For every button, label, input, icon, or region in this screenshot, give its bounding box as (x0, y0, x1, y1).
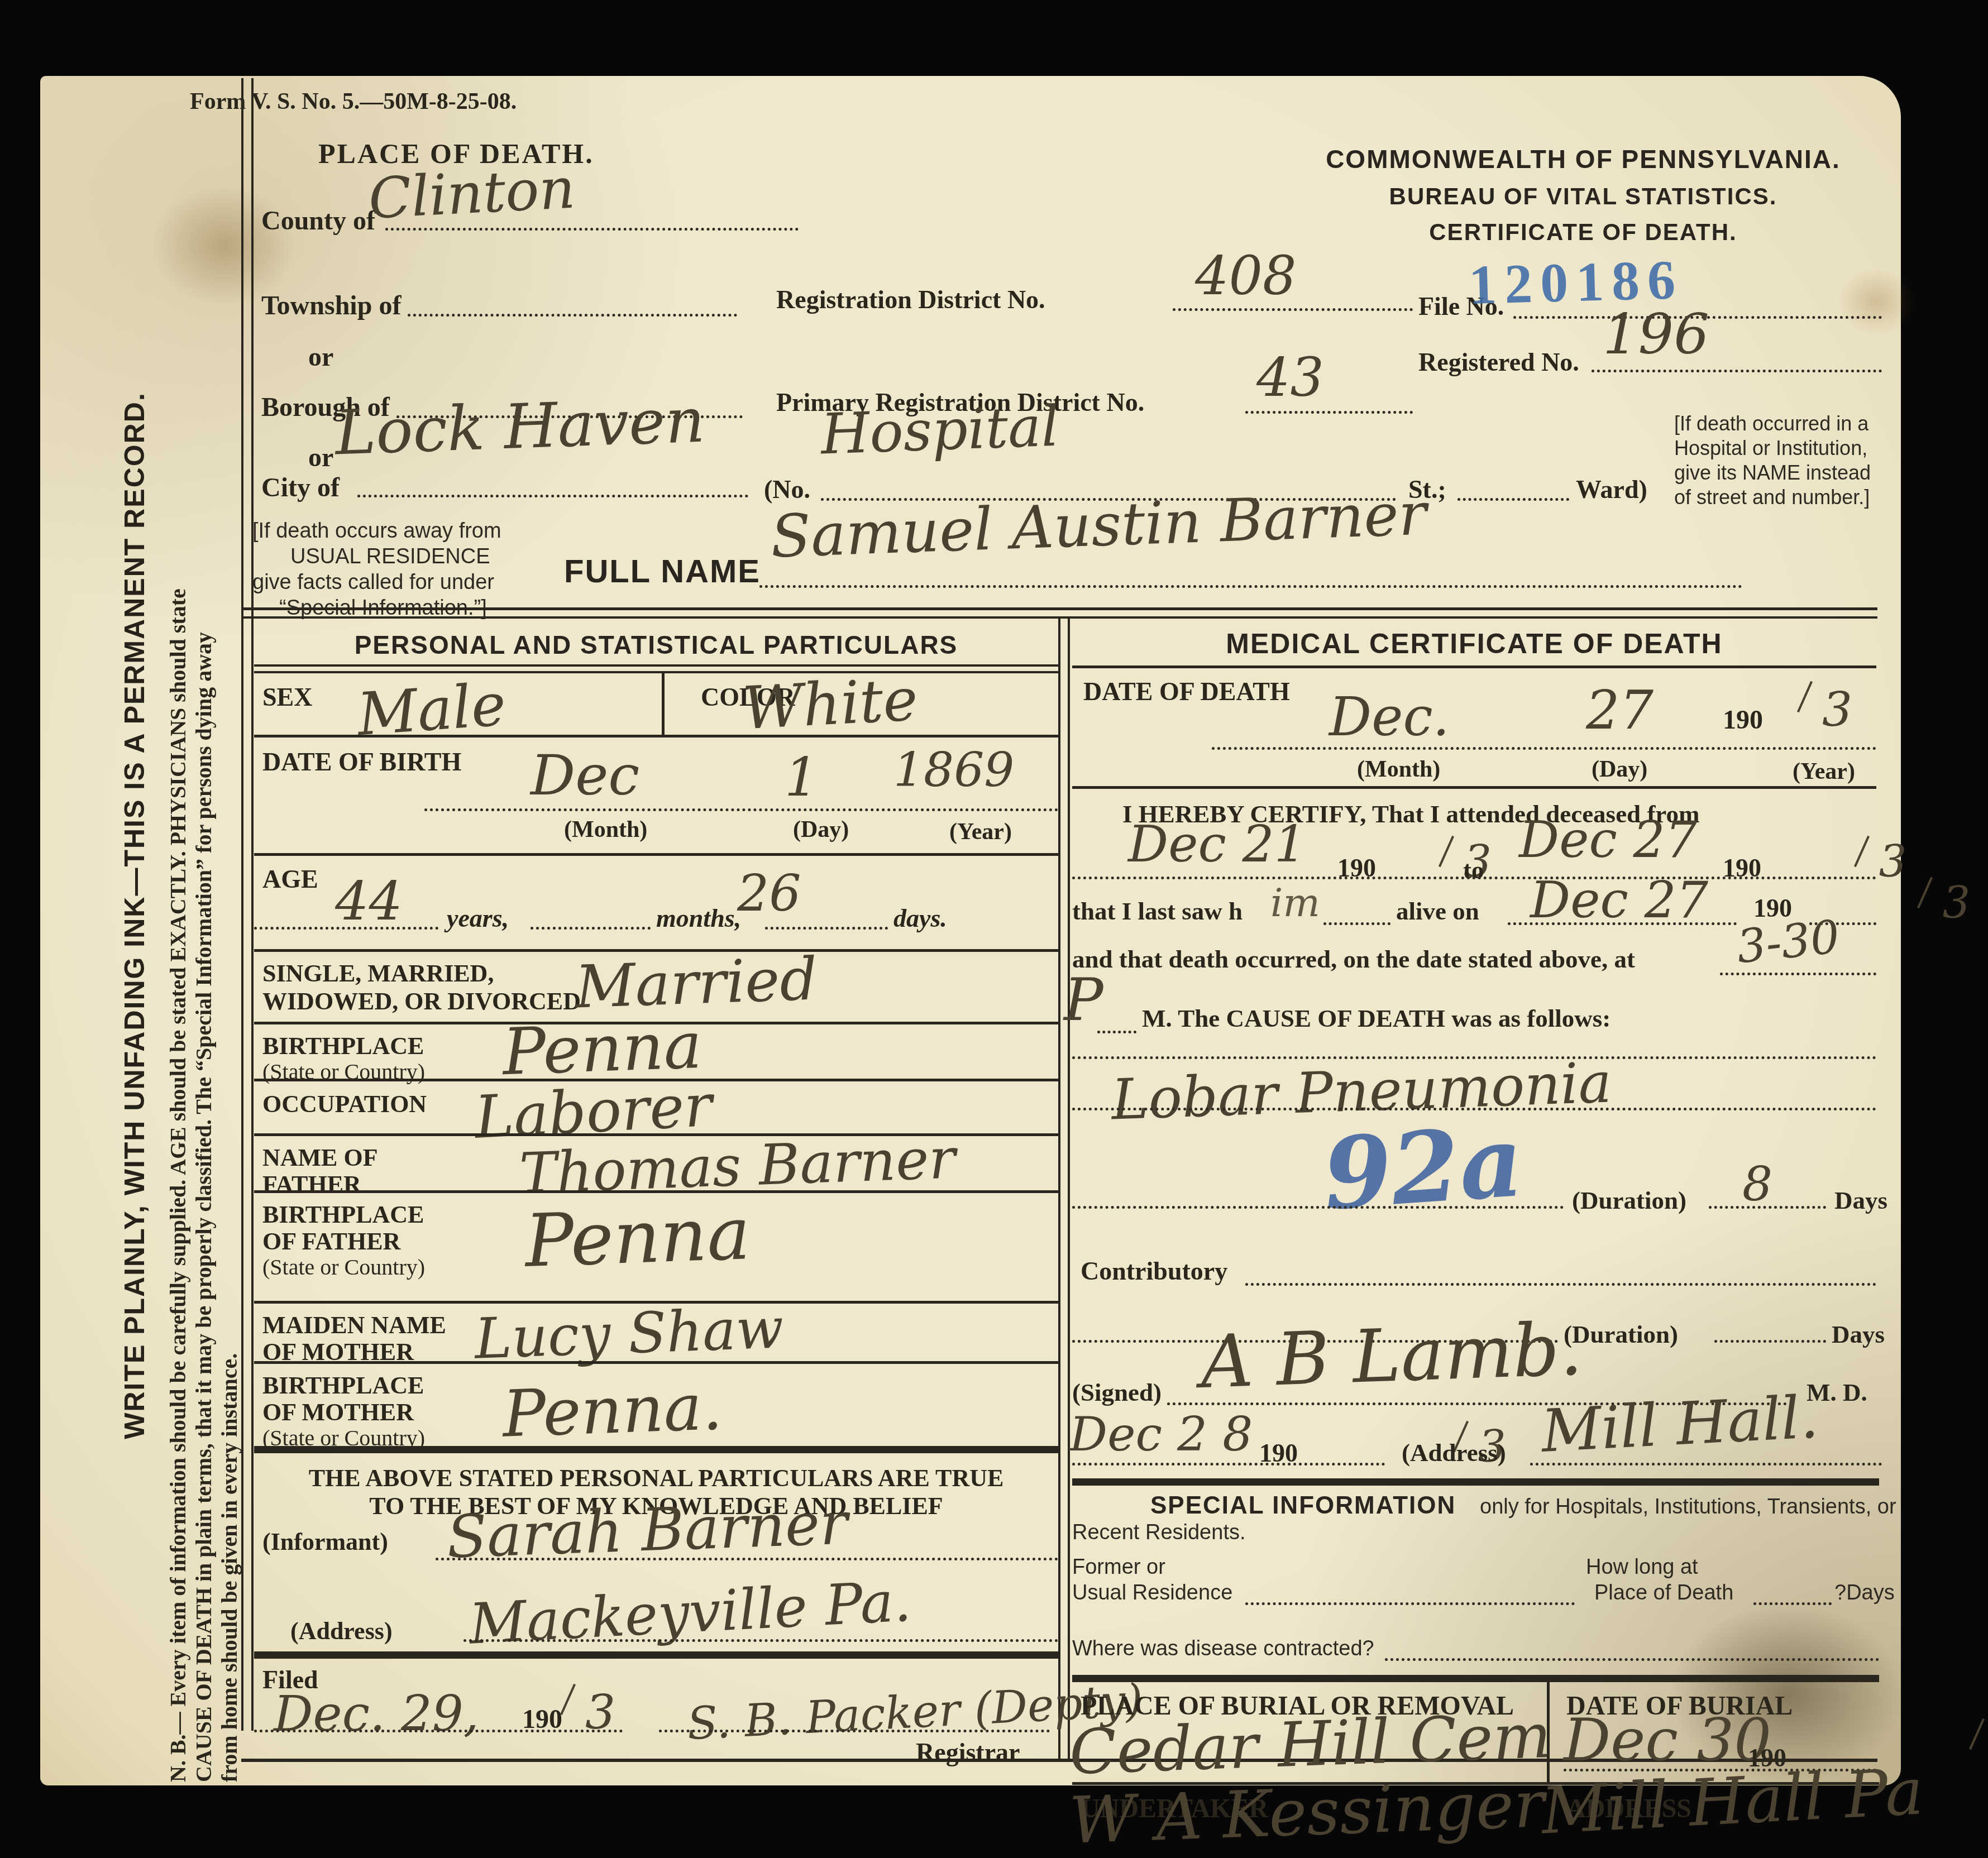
rule-row-sex (254, 735, 1058, 738)
rule-medical-header (1072, 665, 1876, 668)
bp-father-label-2: OF FATHER (262, 1227, 400, 1256)
attended-to-label: to (1463, 855, 1484, 884)
informant-address-label: (Address) (290, 1617, 393, 1645)
pm-dots (1097, 1031, 1136, 1033)
city-value: Lock Haven (334, 384, 706, 468)
age-days-label: days. (893, 903, 947, 933)
form-number: Form V. S. No. 5.—50M-8-25-08. (190, 88, 517, 115)
filed-line (254, 1730, 623, 1732)
father-label-2: FATHER (262, 1170, 361, 1199)
special-info-bold: SPECIAL INFORMATION (1150, 1492, 1456, 1520)
occurred-time-value: 3-30 (1734, 911, 1842, 974)
rule-header-bottom-1 (241, 607, 1877, 610)
dob-day-caption: (Day) (793, 816, 849, 843)
hospital-note-line4: of street and number.] (1674, 486, 1870, 509)
rule-personal-header-1 (254, 664, 1058, 667)
margin-note-nb: N. B.— Every item of information should … (165, 107, 242, 1782)
bp-father-soc: (State or Country) (262, 1254, 425, 1280)
signed-date-line (1072, 1463, 1385, 1466)
dod-day-caption: (Day) (1592, 756, 1647, 783)
rule-row-dob (254, 853, 1058, 856)
attended-to-year-hw: 3 (1879, 837, 1907, 887)
physician-address-value: Mill Hall. (1540, 1383, 1820, 1466)
physician-address-line (1530, 1463, 1882, 1466)
former-line (1245, 1602, 1575, 1605)
age-days-value: 26 (737, 864, 801, 923)
rule-row-dod (1072, 786, 1876, 789)
registrar-line (659, 1730, 1050, 1732)
bureau-title: BUREAU OF VITAL STATISTICS. (1273, 183, 1893, 210)
margin-nb-line3: from home should be given in every insta… (217, 107, 242, 1782)
attended-to-date: Dec 27 (1519, 811, 1697, 869)
no-label: (No. (764, 475, 810, 504)
lastsaw-him-hw: im (1270, 880, 1320, 926)
residence-note-line1: [If death occurs away from (252, 519, 501, 543)
howlong-label-2: Place of Death (1594, 1581, 1733, 1605)
contributory-label: Contributory (1081, 1256, 1227, 1286)
informant-address-line (463, 1639, 1058, 1642)
duration-line-1 (1072, 1206, 1564, 1209)
dob-month-value: Dec (531, 743, 639, 808)
registered-no-label: Registered No. (1418, 347, 1579, 377)
former-label-2: Usual Residence (1072, 1581, 1232, 1605)
township-label: Township of (261, 290, 401, 321)
dob-year-caption: (Year) (949, 818, 1012, 845)
age-line-3 (765, 927, 888, 930)
dod-label: DATE OF DEATH (1083, 677, 1290, 706)
rule-left-border-inner (251, 78, 254, 1731)
contributory-line (1245, 1283, 1876, 1286)
registered-no-line (1592, 370, 1882, 372)
age-months-label: months, (656, 903, 741, 933)
duration-value: 8 (1742, 1157, 1772, 1212)
lastsaw-mid: alive on (1396, 897, 1479, 926)
rule-personal-header-2 (254, 671, 1058, 673)
informant-label: (Informant) (262, 1527, 388, 1556)
duration2-days-label: Days (1832, 1320, 1885, 1349)
medical-header: MEDICAL CERTIFICATE OF DEATH (1072, 628, 1876, 660)
physician-address-label: (Address) (1402, 1438, 1506, 1467)
dob-day-value: 1 (785, 747, 818, 808)
personal-header: PERSONAL AND STATISTICAL PARTICULARS (257, 630, 1055, 660)
bp-mother-value: Penna. (501, 1369, 724, 1452)
dod-year-printed: 190 (1723, 705, 1763, 735)
reg-district-label: Registration District No. (776, 285, 1045, 314)
marital-label-2: WIDOWED, OR DIVORCED (262, 987, 581, 1016)
howlong-days-label: ?Days (1834, 1581, 1895, 1605)
ward-label: Ward) (1576, 475, 1647, 504)
special-info-rest2: Recent Residents. (1072, 1521, 1246, 1545)
occurred-line (1720, 973, 1876, 975)
sex-label: SEX (262, 682, 312, 712)
age-label: AGE (262, 864, 318, 894)
lastsaw-date: Dec 27 (1530, 871, 1708, 930)
dob-label: DATE OF BIRTH (262, 747, 461, 777)
age-line-2 (531, 927, 651, 930)
age-line-1 (254, 927, 438, 930)
father-label-1: NAME OF (262, 1143, 378, 1172)
or-1: or (308, 342, 333, 372)
full-name-label: FULL NAME (564, 553, 761, 590)
undertaker-value: W A Kessinger (1068, 1767, 1546, 1858)
dod-year-caption: (Year) (1793, 758, 1855, 785)
residence-note-line3: give facts called for under (252, 571, 494, 595)
informant-line (436, 1558, 1058, 1560)
dod-month-caption: (Month) (1357, 756, 1440, 783)
dob-year-value: 1869 (893, 743, 1014, 798)
registrar-label: Registrar (916, 1737, 1020, 1767)
bp-mother-label-1: BIRTHPLACE (262, 1371, 424, 1400)
truth-statement-line1: THE ABOVE STATED PERSONAL PARTICULARS AR… (257, 1464, 1055, 1492)
duration-days-label: Days (1834, 1186, 1887, 1215)
dob-month-caption: (Month) (564, 816, 647, 843)
mother-value: Lucy Shaw (474, 1295, 785, 1371)
dod-month-value: Dec. (1329, 687, 1450, 748)
hospital-note-line1: [If death occurred in a (1674, 412, 1868, 435)
township-line (408, 314, 737, 317)
full-name-line (759, 585, 1742, 588)
dod-year-hw: 3 (1822, 682, 1852, 738)
attended-line (1072, 877, 1876, 879)
county-value: Clinton (367, 155, 576, 231)
commonwealth-title: COMMONWEALTH OF PENNSYLVANIA. (1273, 144, 1893, 174)
bp-father-value: Penna (523, 1191, 752, 1284)
mother-label-1: MAIDEN NAME (262, 1311, 446, 1339)
rule-medical-signed-bottom (1072, 1478, 1879, 1486)
certificate-scan: WRITE PLAINLY, WITH UNFADING INK—THIS IS… (0, 0, 1988, 1858)
dob-line (424, 808, 1058, 811)
rule-special-bottom (1072, 1675, 1879, 1682)
howlong-label-1: How long at (1586, 1555, 1698, 1579)
marital-label-1: SINGLE, MARRIED, (262, 959, 494, 988)
disease-contracted-label: Where was disease contracted? (1072, 1637, 1374, 1661)
disease-contracted-line (1385, 1658, 1879, 1661)
pm-hw: P (1064, 966, 1103, 1034)
primary-reg-value: 43 (1256, 347, 1324, 409)
registered-no-value: 196 (1603, 301, 1709, 367)
lastsaw-line (1508, 922, 1737, 925)
rule-informant-bottom (254, 1651, 1058, 1659)
rule-row-mother (254, 1361, 1058, 1364)
city-line (357, 495, 748, 497)
rule-row-bp-mother (254, 1446, 1058, 1453)
hospital-note-line3: give its NAME instead (1674, 461, 1871, 485)
age-years-value: 44 (335, 871, 403, 932)
margin-nb-line1: N. B.— Every item of information should … (165, 107, 191, 1782)
rule-sex-color-divider (662, 673, 665, 735)
county-label: County of (261, 205, 375, 236)
cause-of-death-text: M. The CAUSE OF DEATH was as follows: (1142, 1004, 1611, 1033)
filed-date-value: Dec. 29, (274, 1685, 479, 1742)
dod-day-value: 27 (1586, 680, 1654, 741)
duration-line-2 (1709, 1206, 1826, 1209)
birthplace-label: BIRTHPLACE (262, 1032, 424, 1060)
rule-center-divider-1 (1058, 616, 1060, 1759)
hospital-note-line2: Hospital or Institution, (1674, 437, 1867, 460)
color-value: White (741, 665, 919, 743)
age-years-label: years, (447, 903, 509, 933)
certificate-title: CERTIFICATE OF DEATH. (1273, 219, 1893, 246)
margin-nb-line2: CAUSE OF DEATH in plain terms, that it m… (191, 107, 217, 1782)
duration-label: (Duration) (1572, 1186, 1686, 1215)
howlong-line (1753, 1602, 1832, 1605)
occurred-text: and that death occurred, on the date sta… (1072, 945, 1635, 974)
former-label-1: Former or (1072, 1555, 1165, 1579)
dod-line (1212, 747, 1876, 750)
rule-left-border-outer (241, 78, 243, 1731)
signed-date-value: Dec 2 8 (1069, 1407, 1253, 1462)
rule-row-father (254, 1190, 1058, 1193)
bp-father-label-1: BIRTHPLACE (262, 1200, 424, 1229)
occupation-label: OCCUPATION (262, 1090, 427, 1118)
or-2: or (308, 442, 333, 473)
st-line (1457, 498, 1569, 501)
no-value: Hospital (820, 394, 1060, 467)
lastsaw-dots (1323, 922, 1390, 925)
bp-mother-label-2: OF MOTHER (262, 1398, 414, 1426)
signed-label: (Signed) (1072, 1378, 1162, 1407)
lastsaw-year-hw: 3 (1942, 878, 1970, 928)
county-line (385, 228, 799, 231)
lastsaw-pre: that I last saw h (1072, 897, 1242, 926)
signed-signature: A B Lamb. (1200, 1306, 1584, 1405)
attended-from-date: Dec 21 (1128, 815, 1306, 874)
duration2-line-2 (1714, 1340, 1826, 1343)
cause-code-pencil: 92a (1320, 1104, 1526, 1232)
primary-reg-line (1245, 411, 1413, 414)
city-label: City of (261, 472, 340, 503)
special-info-rest: only for Hospitals, Institutions, Transi… (1480, 1495, 1896, 1519)
reg-district-line (1173, 308, 1413, 311)
residence-note-line2: USUAL RESIDENCE (290, 545, 490, 569)
rule-center-divider-2 (1068, 616, 1070, 1759)
reg-district-value: 408 (1195, 246, 1296, 307)
margin-note-write-plainly: WRITE PLAINLY, WITH UNFADING INK—THIS IS… (118, 318, 151, 1513)
